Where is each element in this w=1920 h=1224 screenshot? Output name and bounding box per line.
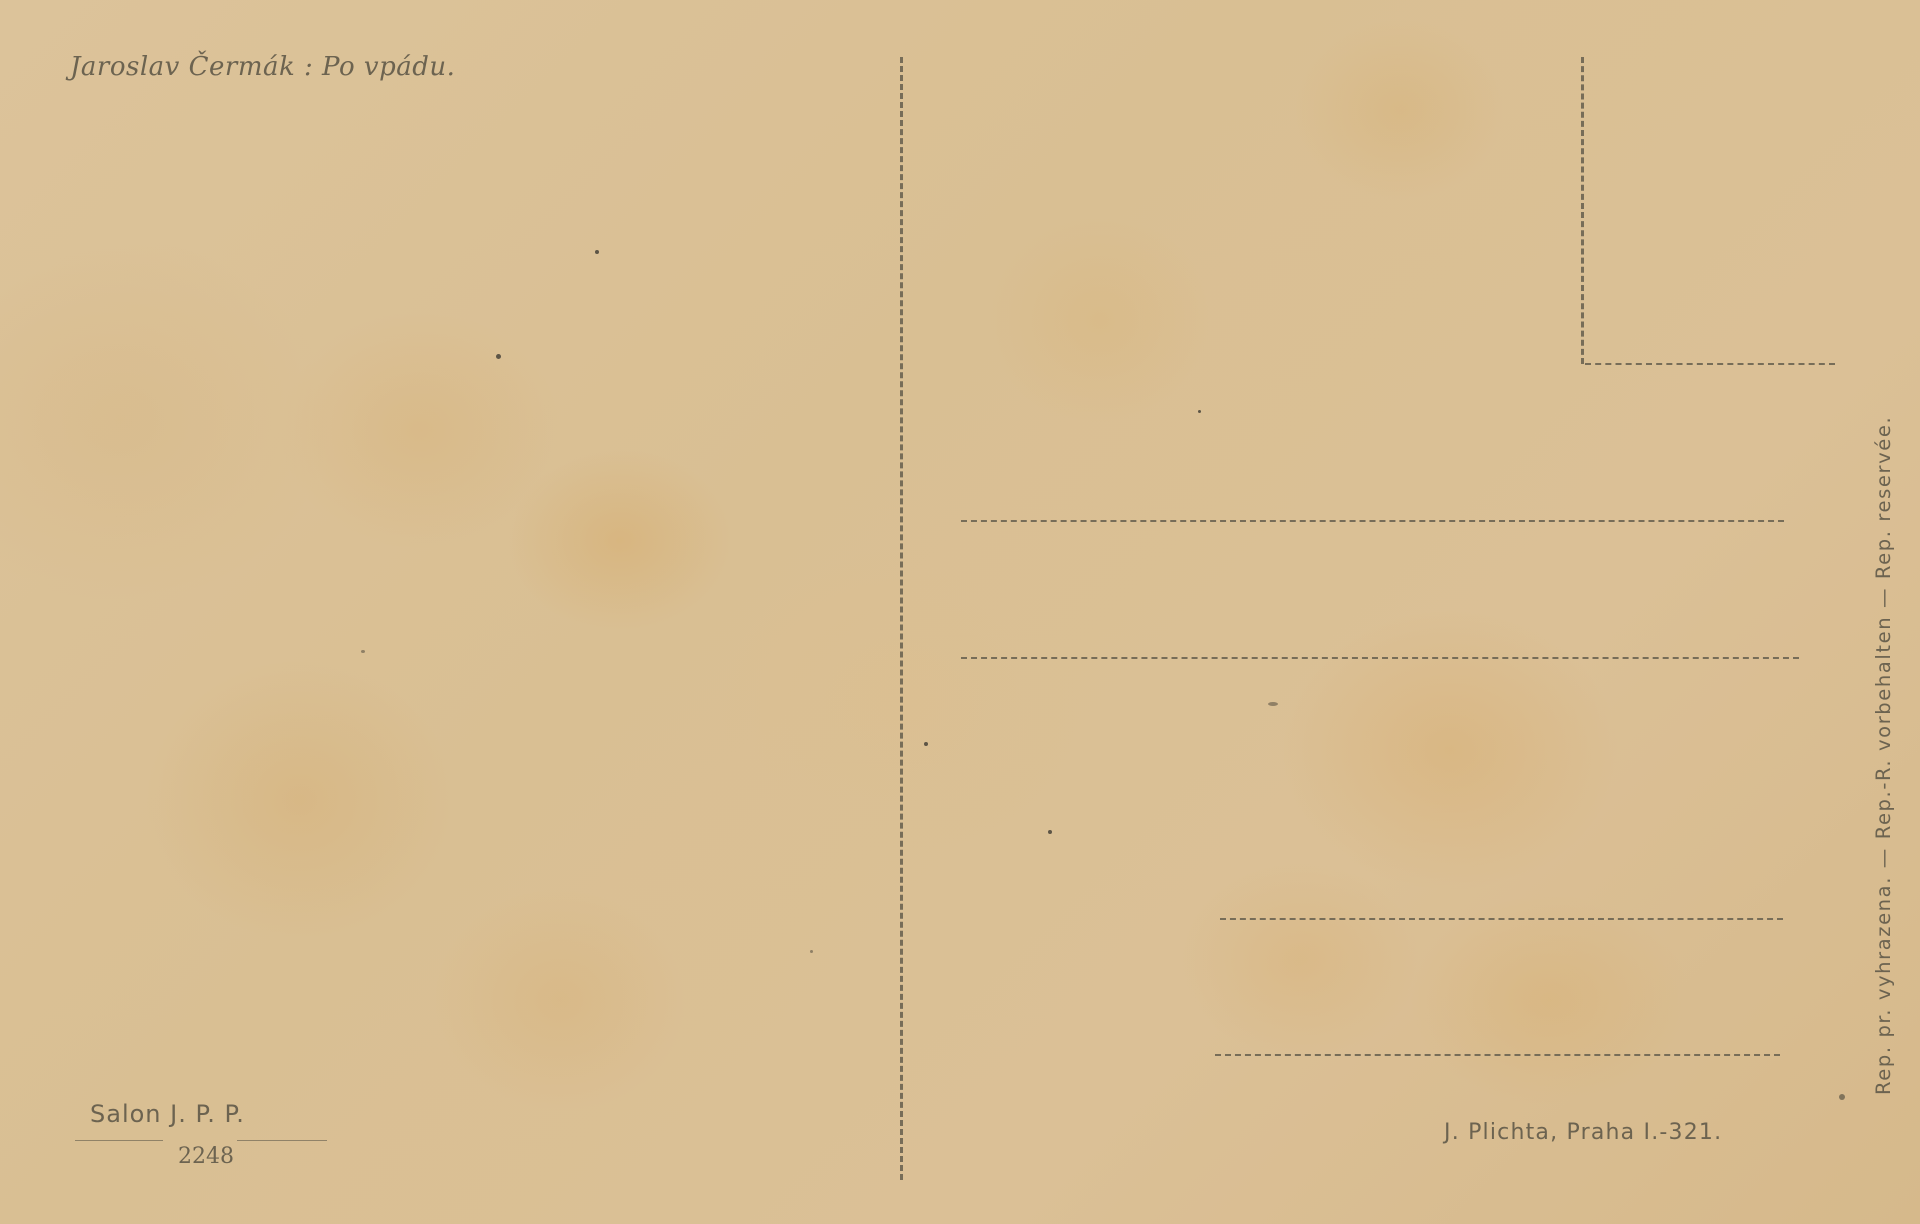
message-area [0, 0, 895, 1224]
series-number: 2248 [172, 1144, 240, 1169]
address-line-1 [961, 520, 1784, 522]
series-rule-right [237, 1140, 327, 1141]
paper-speck [1839, 1094, 1845, 1100]
address-line-3 [1220, 918, 1783, 920]
postcard-back: Jaroslav Čermák : Po vpádu. Salon J. P. … [0, 0, 1920, 1224]
paper-speck [1198, 410, 1201, 413]
address-line-4 [1215, 1054, 1780, 1056]
center-divider [900, 57, 903, 1180]
paper-speck [1268, 702, 1278, 706]
paper-speck [1048, 830, 1052, 834]
stamp-box-left-edge [1581, 57, 1584, 364]
paper-speck [924, 742, 928, 746]
stamp-box-bottom-edge [1585, 363, 1835, 365]
paper-speck [595, 250, 599, 254]
paper-speck [810, 950, 813, 953]
series-label: Salon J. P. P. [90, 1100, 245, 1128]
address-line-2 [961, 657, 1799, 659]
paper-speck [361, 650, 365, 653]
paper-speck [496, 354, 501, 359]
publisher-imprint: J. Plichta, Praha I.-321. [1444, 1120, 1722, 1145]
rights-notice: Rep. pr. vyhrazena. — Rep.-R. vorbehalte… [1872, 416, 1895, 1095]
stamp-box [1581, 57, 1835, 364]
series-rule-left [75, 1140, 163, 1141]
